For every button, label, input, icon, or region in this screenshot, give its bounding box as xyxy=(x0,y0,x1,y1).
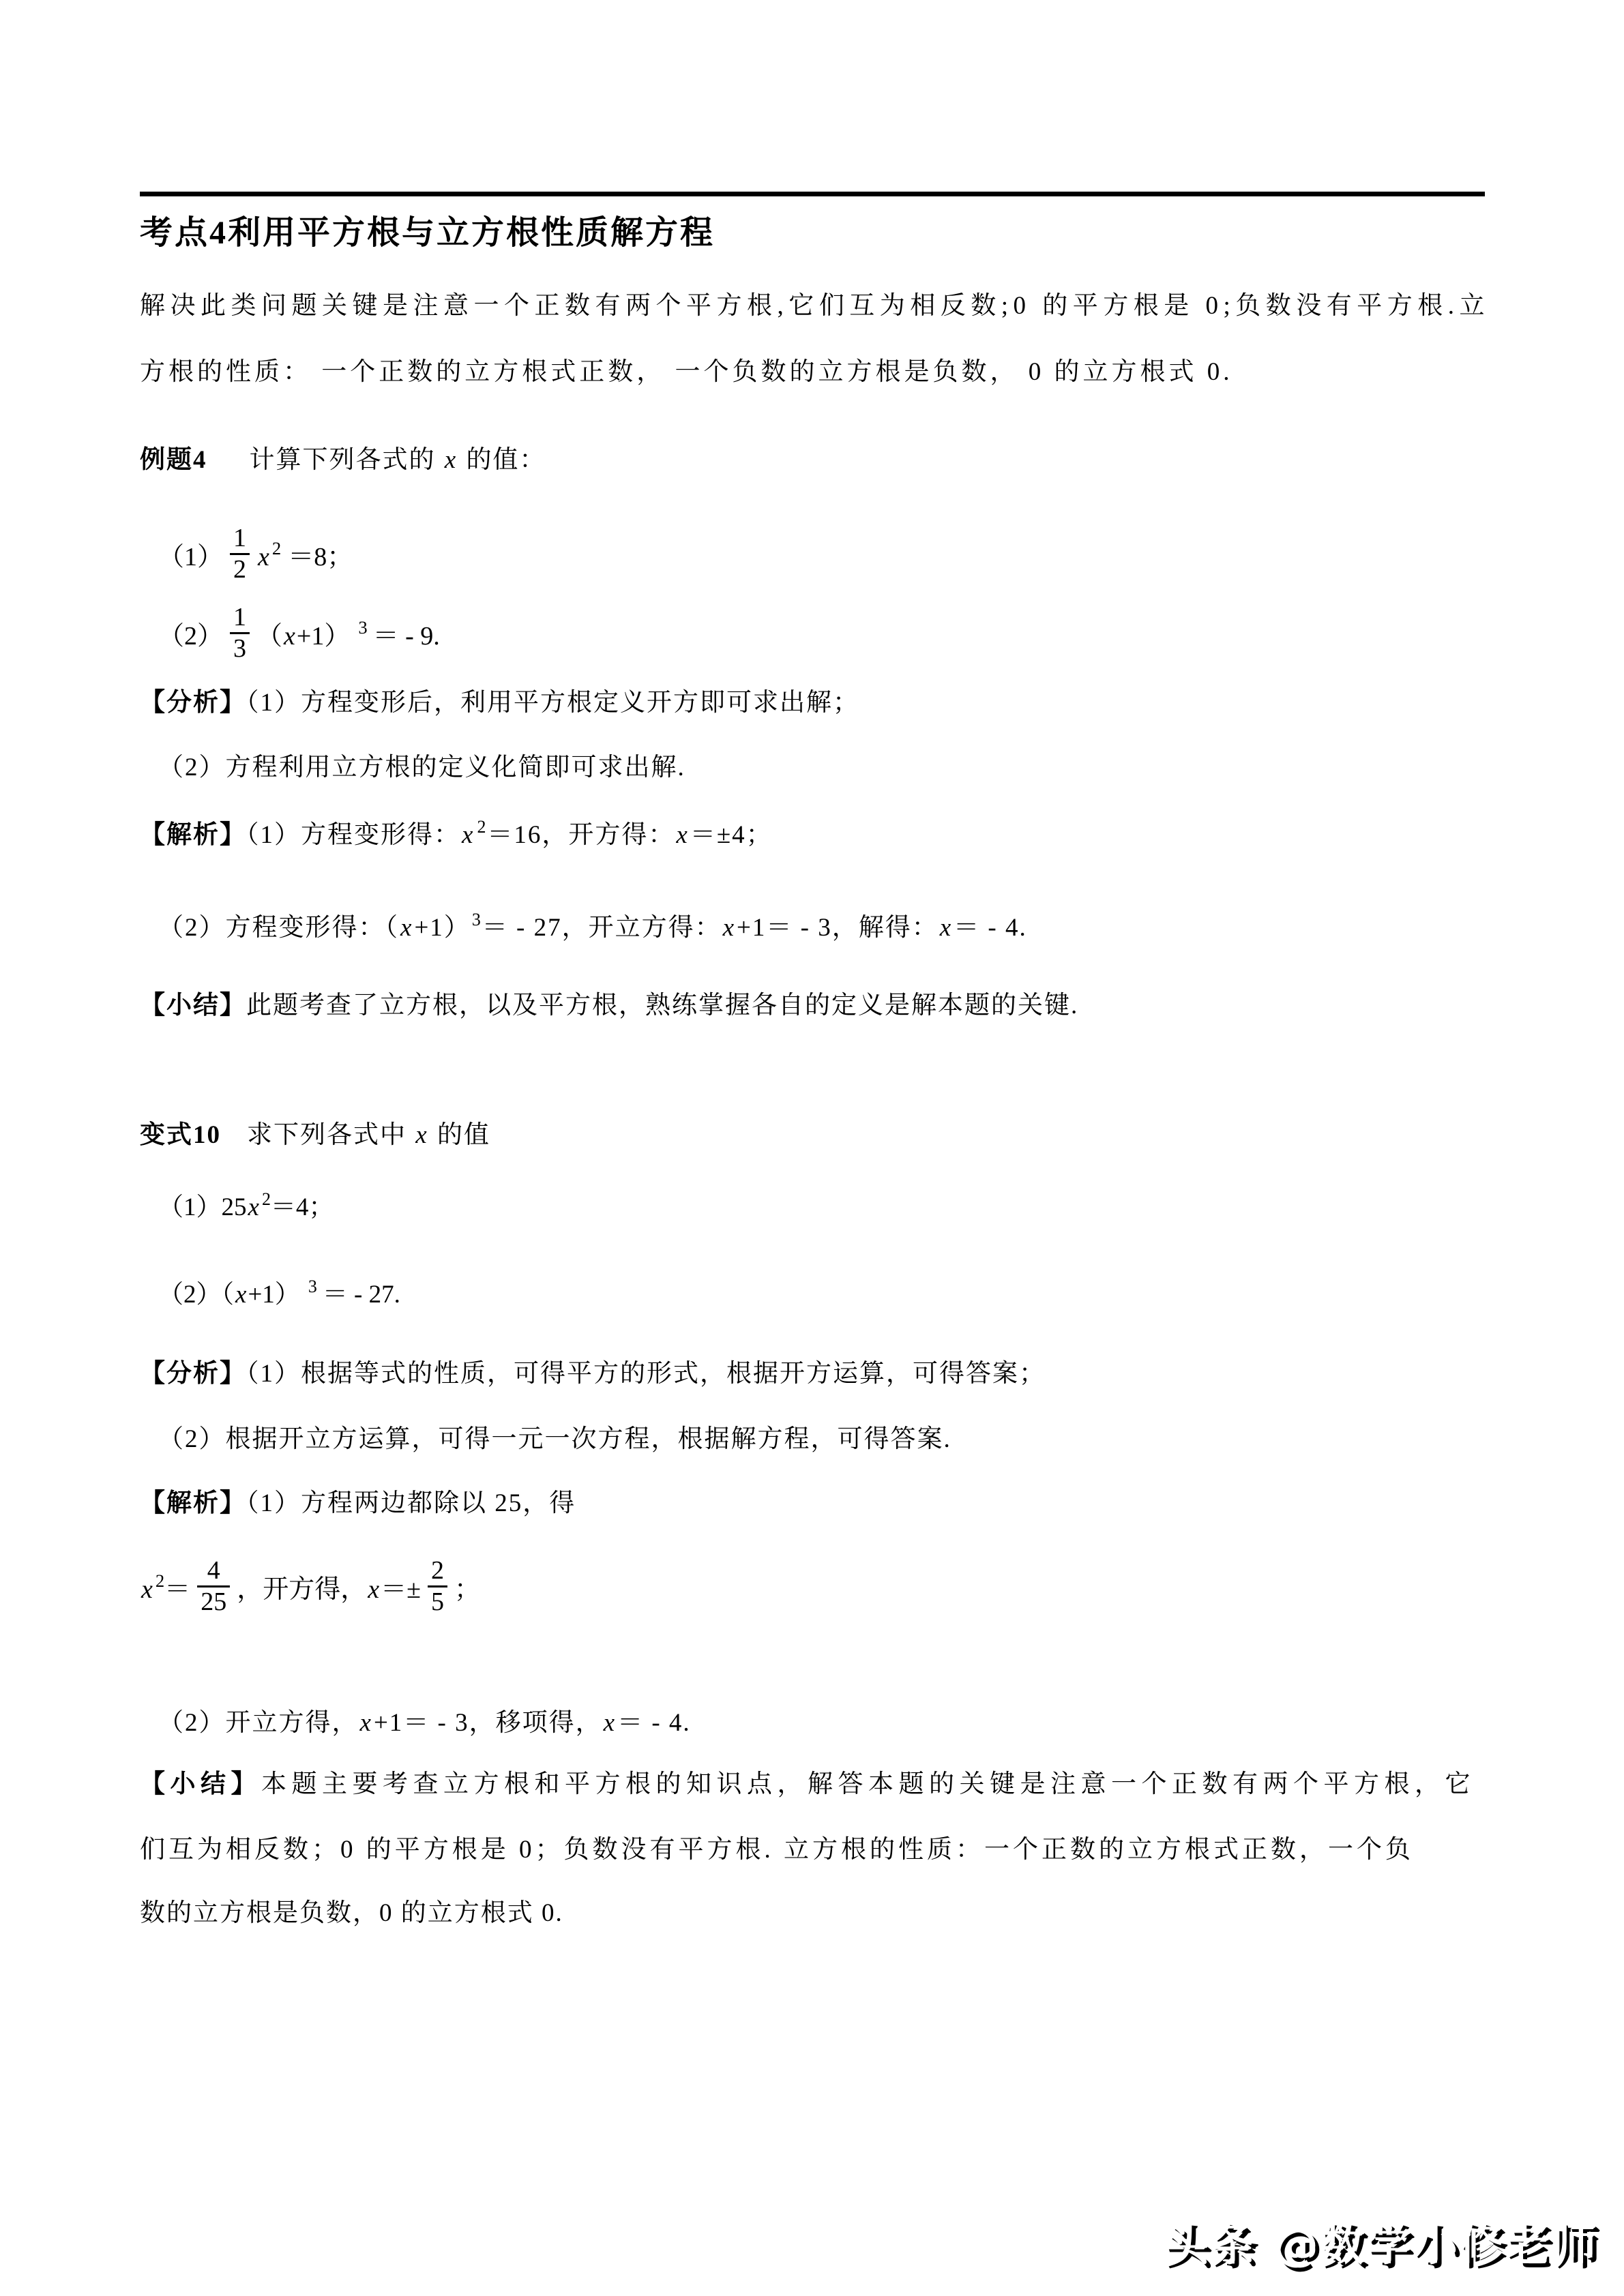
solution-l1-pre: （1）方程变形得： xyxy=(246,821,460,849)
solution-l1-var2: x xyxy=(675,821,690,849)
eq1-variable: x xyxy=(256,543,271,571)
v10-formula-fraction2: 25 xyxy=(428,1556,447,1616)
v10-solution-l2-mid: +1＝ - 3，移项得， xyxy=(374,1709,602,1737)
example4-analysis-line2: （2）方程利用立方根的定义化简即可求出解. xyxy=(158,751,685,785)
summary-label: 【小结】 xyxy=(140,992,246,1019)
example4-label: 例题4 xyxy=(140,446,207,474)
top-horizontal-rule xyxy=(140,192,1485,196)
eq1-fraction: 12 xyxy=(230,524,250,584)
variant10-prompt-pre: 求下列各式中 xyxy=(247,1121,414,1149)
example4-solution-line1: 【解析】（1）方程变形得：x2＝16，开方得：x＝±4； xyxy=(140,818,773,854)
v10-formula-frac2-denominator: 5 xyxy=(428,1585,447,1617)
section-title: 考点4利用平方根与立方根性质解方程 xyxy=(140,206,715,253)
variant10-header: 变式10求下列各式中 x 的值 xyxy=(140,1118,490,1152)
solution-l1-mid: ＝16，开方得： xyxy=(487,821,675,849)
solution-l2-mid1: +1） xyxy=(414,914,470,942)
v10-eq2-variable: x xyxy=(234,1281,248,1309)
v10-eq2-number: （2） xyxy=(158,1281,222,1309)
solution-l1-sup: 2 xyxy=(475,817,487,837)
intro-paragraph-line1: 解决此类问题关键是注意一个正数有两个平方根,它们互为相反数;0 的平方根是 0;… xyxy=(140,289,1490,323)
summary-text: 此题考查了立方根，以及平方根，熟练掌握各自的定义是解本题的关键. xyxy=(246,992,1078,1019)
example4-analysis-line1: 【分析】（1）方程变形后，利用平方根定义开方即可求出解； xyxy=(140,686,859,720)
v10-formula-frac2-numerator: 2 xyxy=(428,1556,447,1585)
v10-formula-var2: x xyxy=(366,1575,381,1604)
variant10-prompt-var: x xyxy=(414,1121,429,1149)
v10-eq1-number: （1） xyxy=(158,1193,222,1221)
solution-l1-var1: x xyxy=(460,821,475,849)
v10-eq1-variable: x xyxy=(247,1193,261,1221)
variant10-prompt-post: 的值 xyxy=(430,1121,490,1149)
solution-l2-mid3: +1＝ - 3，解得： xyxy=(737,914,939,942)
v10-formula-frac1-numerator: 4 xyxy=(204,1556,224,1585)
solution-l2-mid2: ＝ - 27，开立方得： xyxy=(482,914,722,942)
eq1-tail: ＝8； xyxy=(288,543,353,571)
eq1-fraction-denominator: 2 xyxy=(230,553,250,584)
variant10-label: 变式10 xyxy=(140,1121,221,1149)
eq2-variable: x xyxy=(282,622,297,651)
variant10-analysis-line2: （2）根据开立方运算，可得一元一次方程，根据解方程，可得答案. xyxy=(158,1422,951,1457)
v10-formula-lhs: x2＝ xyxy=(140,1568,190,1605)
eq2-exponent: 3 xyxy=(358,617,367,638)
solution-l2-var2: x xyxy=(722,914,737,942)
variant10-formula: x2＝ 425 ，开方得， x＝± 25 ； xyxy=(140,1538,480,1634)
solution-label: 【解析】 xyxy=(140,821,246,849)
example4-solution-line2: （2）方程变形得：（x+1）3＝ - 27，开立方得：x+1＝ - 3，解得：x… xyxy=(158,911,1027,947)
eq2-fraction-numerator: 1 xyxy=(230,603,250,632)
solution-l2-var1: x xyxy=(399,914,414,942)
example4-equation-2: （2） 13 （x+1）3＝ - 9. xyxy=(158,584,440,682)
v10-analysis-text-1: （1）根据等式的性质，可得平方的形式，根据开方运算，可得答案； xyxy=(246,1360,1046,1388)
eq1-fraction-numerator: 1 xyxy=(230,524,250,553)
variant10-summary-line3: 数的立方根是负数，0 的立方根式 0. xyxy=(140,1896,563,1930)
example4-header: 例题4计算下列各式的 x 的值： xyxy=(140,443,546,477)
v10-solution-l2-var2: x xyxy=(602,1709,617,1737)
variant10-summary-line2: 们互为相反数；0 的平方根是 0；负数没有平方根. 立方根的性质：一个正数的立方… xyxy=(140,1833,1414,1867)
v10-summary-text-1: 本题主要考查立方根和平方根的知识点，解答本题的关键是注意一个正数有两个平方根，它 xyxy=(261,1770,1475,1798)
example4-prompt-pre: 计算下列各式的 xyxy=(250,446,443,474)
analysis-text-1: （1）方程变形后，利用平方根定义开方即可求出解； xyxy=(246,689,859,717)
v10-analysis-label: 【分析】 xyxy=(140,1360,246,1388)
solution-l2-sup: 3 xyxy=(471,910,482,929)
v10-formula-var1: x xyxy=(140,1575,154,1604)
eq2-fraction-denominator: 3 xyxy=(230,632,250,664)
solution-l1-tail: ＝±4； xyxy=(690,821,773,849)
v10-formula-sup1: 2 xyxy=(154,1570,164,1591)
solution-l2-tail: ＝ - 4. xyxy=(954,914,1027,942)
v10-solution-label: 【解析】 xyxy=(140,1489,246,1517)
v10-formula-tail: ； xyxy=(454,1568,480,1605)
solution-l2-var3: x xyxy=(939,914,954,942)
v10-solution-l2-pre: （2）开立方得， xyxy=(158,1709,359,1737)
v10-formula-equals1: ＝ xyxy=(164,1575,190,1604)
v10-eq1-tail: ＝4； xyxy=(271,1193,334,1221)
example4-summary: 【小结】此题考查了立方根，以及平方根，熟练掌握各自的定义是解本题的关键. xyxy=(140,989,1078,1023)
v10-solution-l1: （1）方程两边都除以 25，得 xyxy=(246,1489,576,1517)
v10-summary-label: 【小结】 xyxy=(140,1770,261,1798)
variant10-solution-line2: （2）开立方得，x+1＝ - 3，移项得，x＝ - 4. xyxy=(158,1706,691,1740)
eq2-mid: +1） xyxy=(297,622,350,651)
v10-formula-mid: ，开方得， xyxy=(237,1568,366,1605)
v10-formula-fraction1: 425 xyxy=(197,1556,230,1616)
variant10-analysis-line1: 【分析】（1）根据等式的性质，可得平方的形式，根据开方运算，可得答案； xyxy=(140,1357,1046,1391)
eq1-number: （1） xyxy=(158,535,223,573)
v10-eq1-coef: 25 xyxy=(222,1193,247,1221)
example4-prompt-var: x xyxy=(443,446,458,474)
solution-l2-pre: （2）方程变形得：（ xyxy=(158,914,399,942)
variant10-solution-line1: 【解析】（1）方程两边都除以 25，得 xyxy=(140,1487,576,1521)
intro-paragraph-line2: 方根的性质： 一个正数的立方根式正数， 一个负数的立方根是负数， 0 的立方根式… xyxy=(140,355,1233,389)
watermark-toutiao: 头条 @数学小修老师 xyxy=(1164,2208,1598,2273)
eq1-exponent: 2 xyxy=(271,538,281,558)
v10-formula-rhs: x＝± xyxy=(366,1568,421,1605)
v10-eq2-mid: +1） xyxy=(248,1281,299,1309)
v10-solution-l2-var1: x xyxy=(359,1709,374,1737)
variant10-equation-2: （2）（x+1）3＝ - 27. xyxy=(158,1278,400,1314)
eq2-number: （2） xyxy=(158,614,223,652)
document-page: 考点4利用平方根与立方根性质解方程 解决此类问题关键是注意一个正数有两个平方根,… xyxy=(0,0,1624,2296)
eq2-open-paren: （ xyxy=(256,622,282,651)
eq2-expression: （x+1）3＝ - 9. xyxy=(256,614,440,652)
eq2-fraction: 13 xyxy=(230,603,250,663)
variant10-equation-1: （1）25x2＝4； xyxy=(158,1191,334,1227)
v10-eq1-exponent: 2 xyxy=(261,1189,271,1209)
v10-eq2-tail: ＝ - 27. xyxy=(323,1281,400,1309)
eq2-tail: ＝ - 9. xyxy=(373,622,440,651)
v10-formula-frac1-denominator: 25 xyxy=(197,1585,230,1617)
variant10-summary-line1: 【小结】本题主要考查立方根和平方根的知识点，解答本题的关键是注意一个正数有两个平… xyxy=(140,1768,1475,1802)
eq1-expression: x2＝8； xyxy=(256,535,353,573)
v10-eq2-open-paren: （ xyxy=(222,1281,235,1309)
example4-prompt-post: 的值： xyxy=(458,446,546,474)
analysis-label: 【分析】 xyxy=(140,689,246,717)
v10-formula-equals2: ＝± xyxy=(381,1575,421,1604)
v10-solution-l2-tail: ＝ - 4. xyxy=(617,1709,691,1737)
v10-eq2-exponent: 3 xyxy=(308,1277,317,1296)
